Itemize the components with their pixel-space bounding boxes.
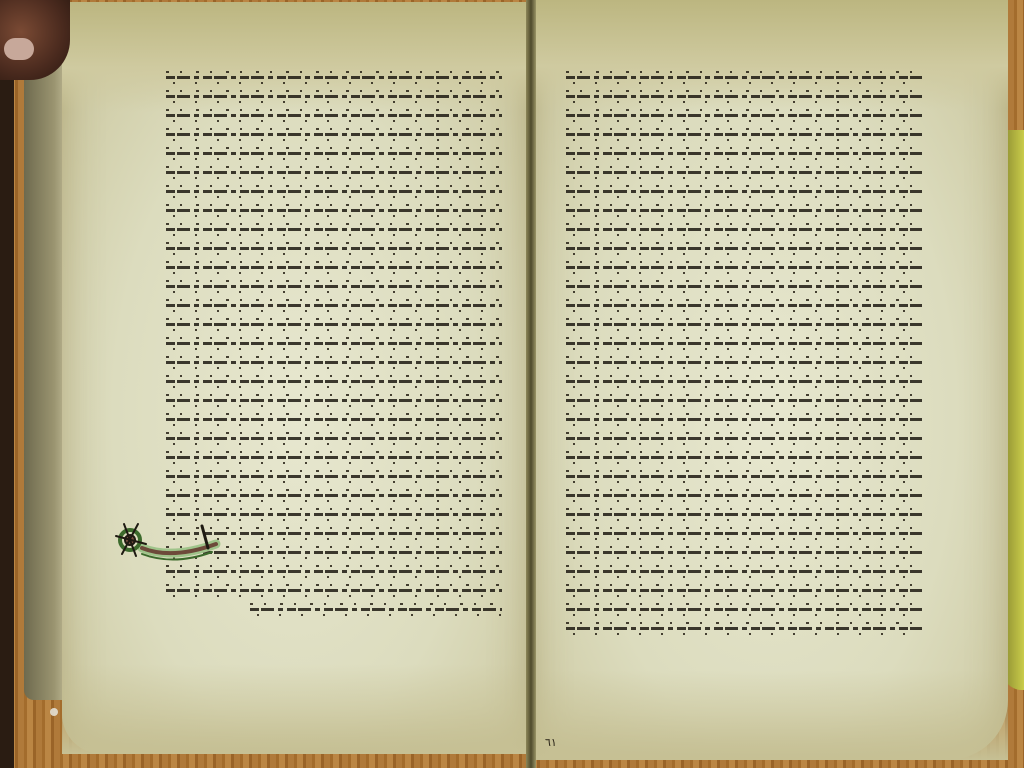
text-line: [166, 304, 502, 307]
text-line: [566, 475, 922, 478]
text-line: [166, 209, 502, 212]
text-line: [566, 133, 922, 136]
text-line: [166, 247, 502, 250]
text-line: [166, 494, 502, 497]
text-line: [166, 76, 502, 79]
text-line: [166, 437, 502, 440]
text-line: [166, 190, 502, 193]
text-line: [166, 456, 502, 459]
text-line: [566, 380, 922, 383]
text-line: [566, 304, 922, 307]
text-line: [566, 361, 922, 364]
text-line: [566, 76, 922, 79]
text-line: [566, 171, 922, 174]
text-line: [566, 608, 922, 611]
text-line: [566, 551, 922, 554]
text-line: [566, 266, 922, 269]
text-line: [166, 95, 502, 98]
text-line: [166, 342, 502, 345]
text-line: [166, 285, 502, 288]
text-line: [166, 114, 502, 117]
text-line: [566, 494, 922, 497]
text-line: [566, 285, 922, 288]
text-line: [566, 247, 922, 250]
left-manuscript-page: [62, 2, 530, 754]
text-line: [566, 342, 922, 345]
text-line: [166, 171, 502, 174]
text-line: [566, 418, 922, 421]
text-line: [166, 228, 502, 231]
text-line: [566, 437, 922, 440]
water-drop: [50, 708, 58, 716]
text-line: [166, 361, 502, 364]
right-manuscript-page: [530, 0, 1008, 760]
text-line: [566, 570, 922, 573]
thumbnail: [4, 38, 34, 60]
text-line: [566, 323, 922, 326]
text-line: [566, 513, 922, 516]
text-line: [566, 209, 922, 212]
text-line: [166, 380, 502, 383]
right-page-text-block: [566, 76, 922, 646]
text-line: [566, 95, 922, 98]
text-line: [566, 627, 922, 630]
text-line: [166, 475, 502, 478]
text-line: [166, 323, 502, 326]
marginal-ornament-icon: [112, 514, 222, 572]
text-line: [166, 152, 502, 155]
text-line: [566, 152, 922, 155]
text-line: [166, 418, 502, 421]
text-line: [566, 228, 922, 231]
text-line: [566, 532, 922, 535]
text-line: [166, 133, 502, 136]
water-stain: [62, 664, 530, 754]
text-line: [250, 608, 502, 611]
text-line: [566, 190, 922, 193]
text-line: [566, 589, 922, 592]
text-line: [566, 114, 922, 117]
text-line: [566, 456, 922, 459]
folio-number: ٦١: [545, 736, 557, 749]
text-line: [166, 589, 502, 592]
water-stain: [530, 670, 1008, 760]
text-line: [566, 399, 922, 402]
text-line: [166, 399, 502, 402]
book-gutter: [526, 0, 536, 768]
text-line: [166, 266, 502, 269]
table-edge-shadow: [0, 0, 14, 768]
